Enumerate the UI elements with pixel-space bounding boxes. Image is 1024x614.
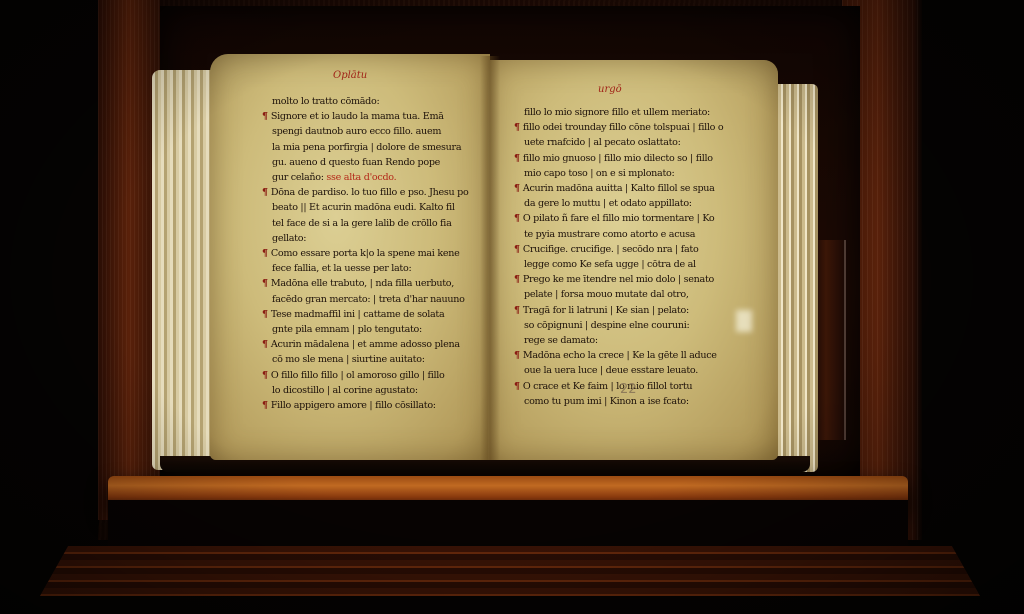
manuscript-line: da gere lo muttu | et odato appillato: — [514, 196, 723, 211]
manuscript-line: rege se damato: — [514, 333, 723, 348]
manuscript-line: ¶Prego ke me ītendre nel mio dolo | sena… — [514, 272, 723, 287]
light-glare — [736, 310, 752, 332]
manuscript-line: te pyia mustrare como atorto e acusa — [514, 227, 723, 242]
pilcrow-mark-icon: ¶ — [262, 187, 268, 198]
pilcrow-mark-icon: ¶ — [262, 111, 268, 122]
pilcrow-mark-icon: ¶ — [514, 153, 520, 164]
right-page-header: urgō — [598, 84, 622, 95]
pilcrow-mark-icon: ¶ — [514, 381, 520, 392]
manuscript-line: beato || Et acurin madōna eudi. Kalto fi… — [262, 200, 469, 215]
manuscript-line: ¶Signore et io laudo la mama tua. Emā — [262, 109, 469, 124]
pilcrow-mark-icon: ¶ — [514, 305, 520, 316]
lectern-base-molding — [40, 546, 980, 596]
manuscript-line: facēdo gran mercato: | treta d'har nauun… — [262, 292, 469, 307]
pilcrow-mark-icon: ¶ — [262, 339, 268, 350]
pilcrow-mark-icon: ¶ — [262, 370, 268, 381]
manuscript-line: ¶O pilato ñ fare el fillo mio tormentare… — [514, 211, 723, 226]
book-gutter — [480, 56, 500, 460]
manuscript-line: ¶Fillo appigero amore | fillo cōsillato: — [262, 398, 469, 413]
manuscript-line: tel face de si a la gere lalib de crōllo… — [262, 216, 469, 231]
right-page-text: fillo lo mio signore fillo et ullem meri… — [514, 105, 723, 409]
pilcrow-mark-icon: ¶ — [514, 122, 520, 133]
manuscript-line: mio capo toso | on e si mplonato: — [514, 166, 723, 181]
left-page-text: molto lo tratto cōmādo:¶Signore et io la… — [262, 94, 469, 413]
manuscript-line: pelate | forsa mouo mutate dal otro, — [514, 287, 723, 302]
manuscript-line: gnte pila emnam | plo tengutato: — [262, 322, 469, 337]
manuscript-line: spengi dautnob auro ecco fillo. auem — [262, 124, 469, 139]
pilcrow-mark-icon: ¶ — [514, 350, 520, 361]
manuscript-line: ¶fillo odei trounday fillo cōne tolspuai… — [514, 120, 723, 135]
pilcrow-mark-icon: ¶ — [514, 274, 520, 285]
manuscript-line: cō mo sle mena | siurtine auitato: — [262, 352, 469, 367]
manuscript-line: la mia pena porfirgia | dolore de smesur… — [262, 140, 469, 155]
page-number: 22 — [620, 382, 637, 397]
manuscript-line: ¶Acurin mādalena | et amme adosso plena — [262, 337, 469, 352]
manuscript-line: ¶O crace et Ke faim | lo mio fillol tort… — [514, 379, 723, 394]
pilcrow-mark-icon: ¶ — [262, 248, 268, 259]
manuscript-line: gu. aueno d questo fuan Rendo pope — [262, 155, 469, 170]
manuscript-line: uete rnafcido | al pecato oslattato: — [514, 135, 723, 150]
manuscript-line: molto lo tratto cōmādo: — [262, 94, 469, 109]
manuscript-line: ¶Acurin madōna auitta | Kalto fillol se … — [514, 181, 723, 196]
pilcrow-mark-icon: ¶ — [514, 183, 520, 194]
manuscript-line: como tu pum imi | Kinon a ise fcato: — [514, 394, 723, 409]
ledge-shadow — [108, 500, 908, 552]
pilcrow-mark-icon: ¶ — [262, 309, 268, 320]
rubric-text: sse alta d'ocdo. — [324, 172, 397, 183]
manuscript-line: ¶Madōna echo la crece | Ke la gēte ll ad… — [514, 348, 723, 363]
manuscript-line: ¶fillo mio gnuoso | fillo mio dilecto so… — [514, 151, 723, 166]
manuscript-line: gellato: — [262, 231, 469, 246]
manuscript-line: legge como Ke sefa ugge | cōtra de al — [514, 257, 723, 272]
manuscript-line: gur celaño: sse alta d'ocdo. — [262, 170, 469, 185]
pilcrow-mark-icon: ¶ — [514, 244, 520, 255]
manuscript-line: fece fallia, et la uesse per lato: — [262, 261, 469, 276]
manuscript-line: fillo lo mio signore fillo et ullem meri… — [514, 105, 723, 120]
manuscript-line: lo dicostillo | al corine agustato: — [262, 383, 469, 398]
manuscript-line: ¶Dōna de pardiso. lo tuo fillo e pso. Jh… — [262, 185, 469, 200]
left-page-header: Oplātu — [333, 70, 367, 81]
pilcrow-mark-icon: ¶ — [262, 400, 268, 411]
photo-scene: Oplātu urgō molto lo tratto cōmādo:¶Sign… — [0, 0, 1024, 614]
manuscript-line: ¶Madōna elle trabuto, | nda filla uerbut… — [262, 276, 469, 291]
manuscript-line: oue la uera luce | deue esstare leuato. — [514, 363, 723, 378]
manuscript-line: ¶Tragā for li latruni | Ke sian | pelato… — [514, 303, 723, 318]
manuscript-line: so cōpignuni | despine elne couruni: — [514, 318, 723, 333]
manuscript-line: ¶Crucifige. crucifige. | secōdo nra | fa… — [514, 242, 723, 257]
manuscript-line: ¶Como essare porta k|o la spene mai kene — [262, 246, 469, 261]
manuscript-line: ¶Tese madmaffil ini | cattame de solata — [262, 307, 469, 322]
manuscript-line: ¶O fillo fillo fillo | ol amoroso gillo … — [262, 368, 469, 383]
pilcrow-mark-icon: ¶ — [514, 213, 520, 224]
lectern-left-post — [98, 0, 160, 520]
pilcrow-mark-icon: ¶ — [262, 278, 268, 289]
